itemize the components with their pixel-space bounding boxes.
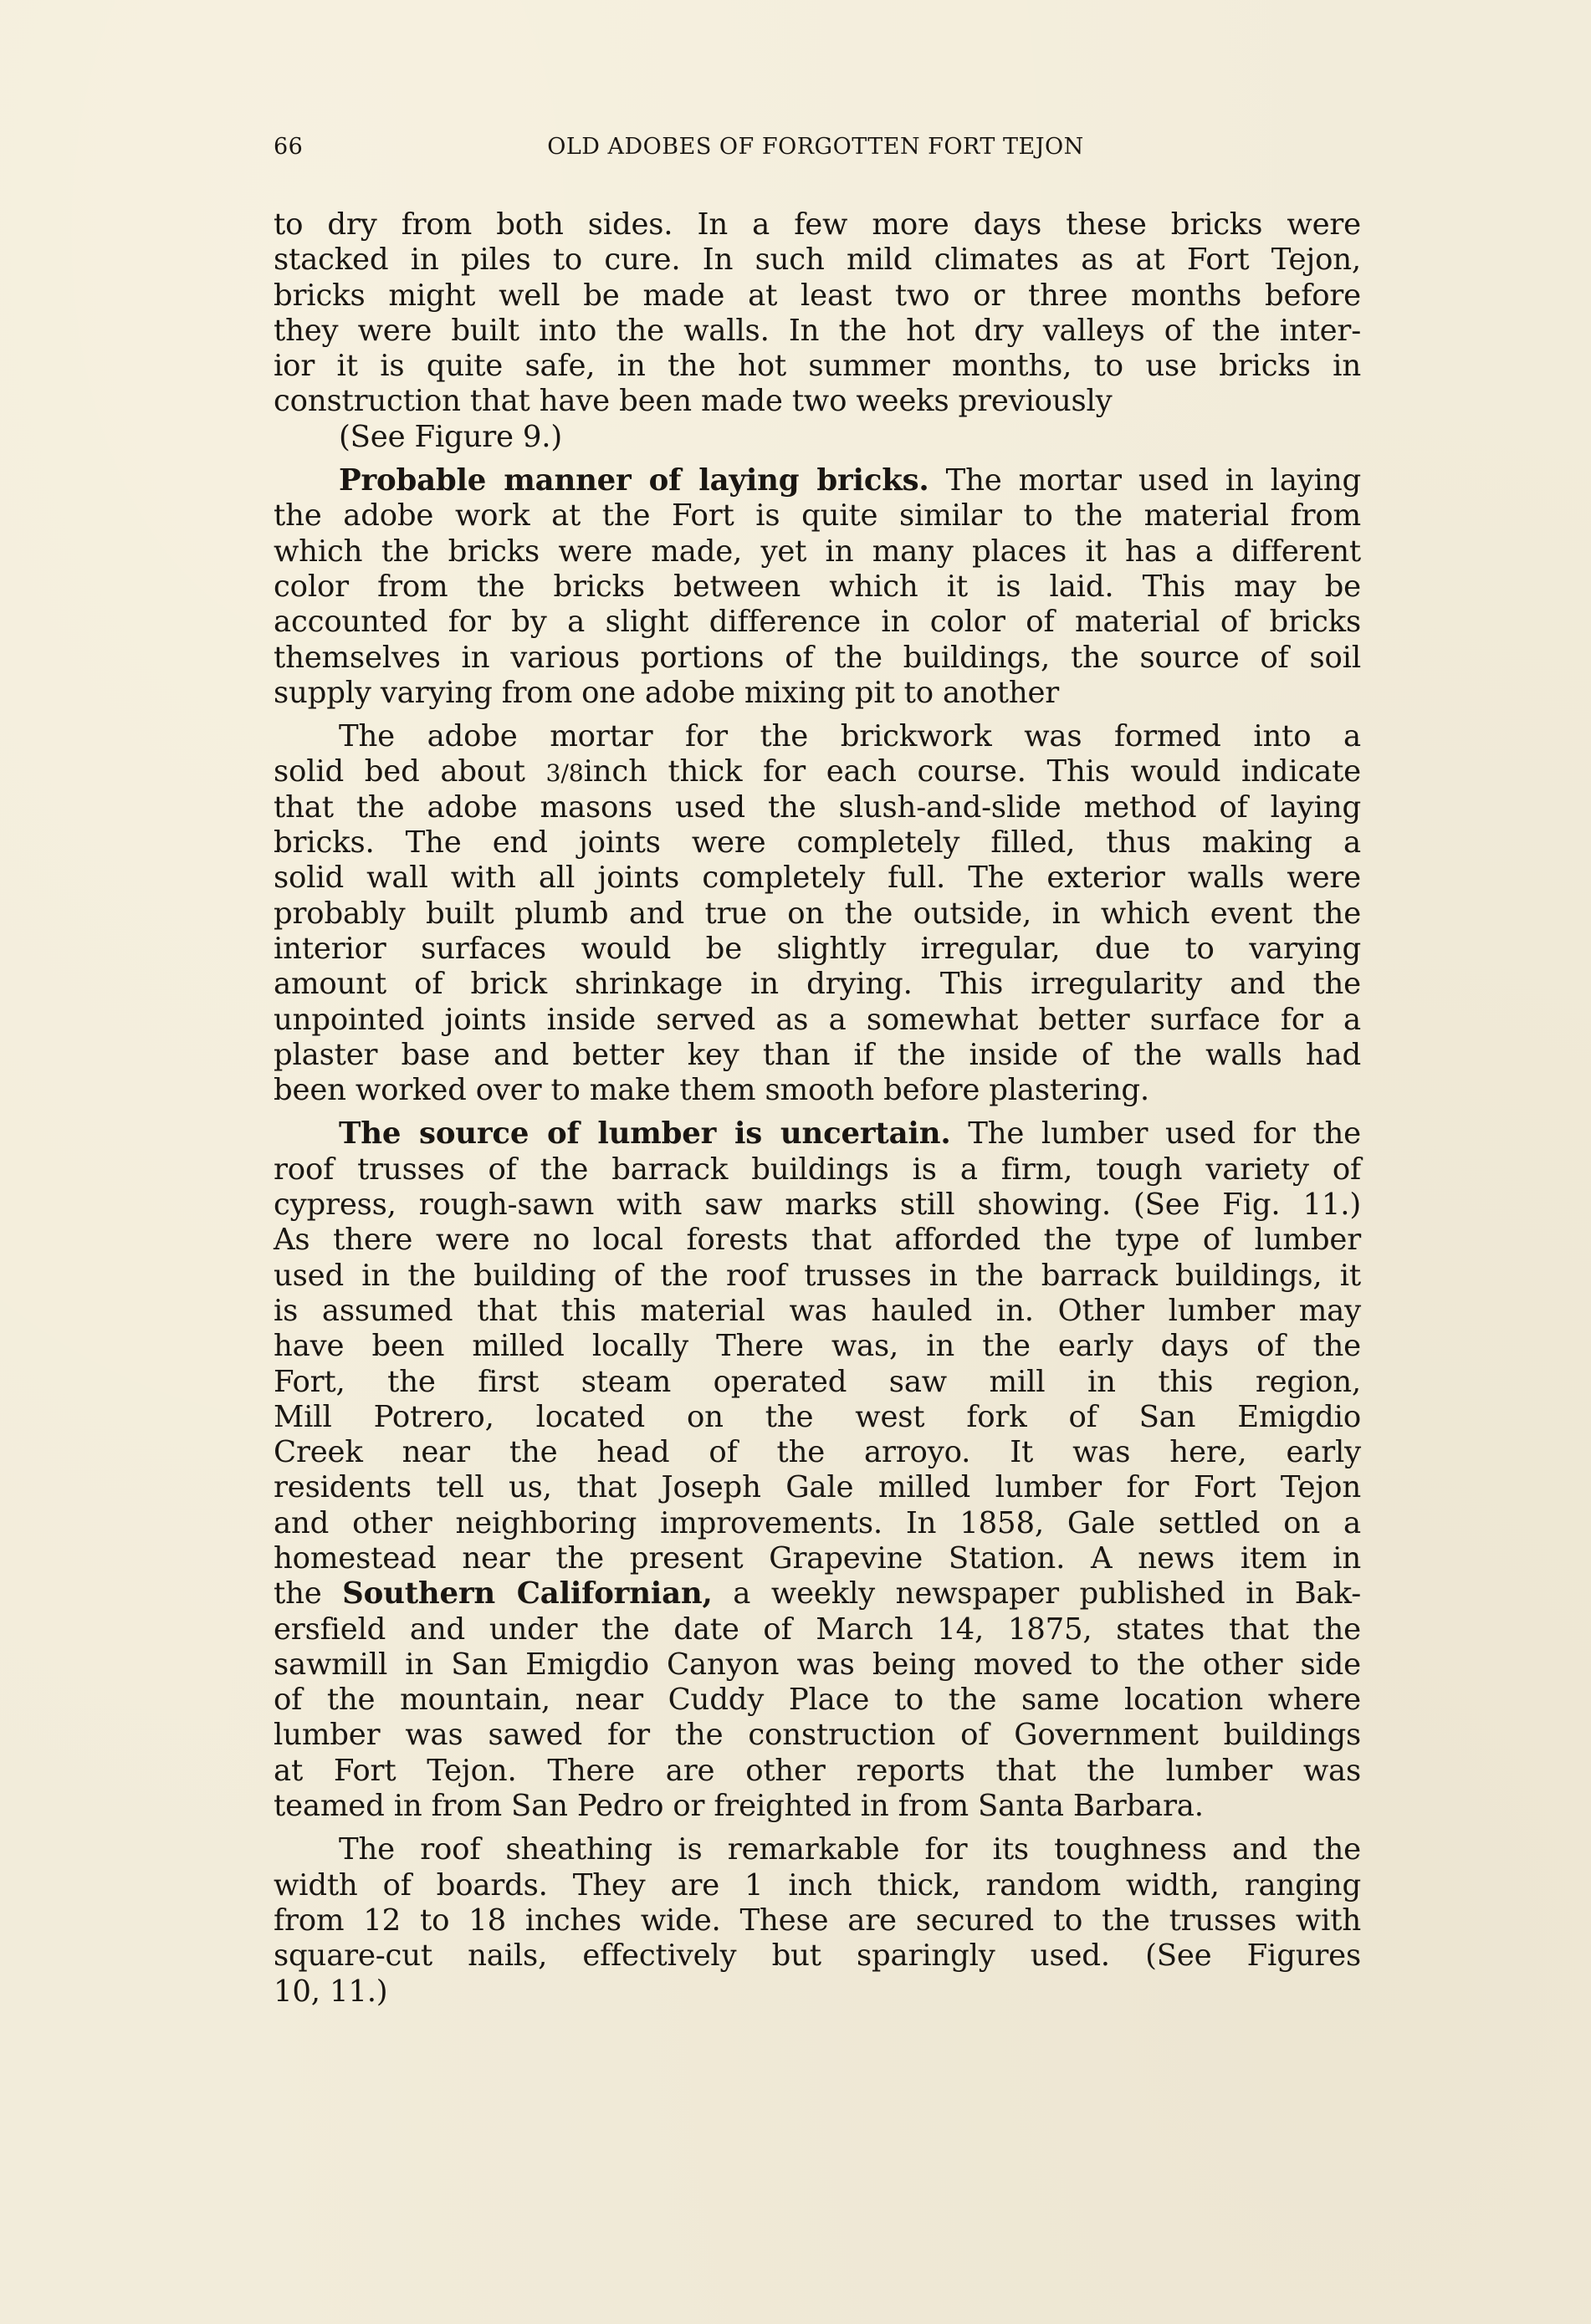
- paragraph-roof-sheathing: The roof sheathing is remarkable for its…: [274, 1832, 1361, 2009]
- text-line: solid wall with all joints completely fu…: [274, 861, 1361, 896]
- paragraph-adobe-mortar: The adobe mortar for the brickwork was f…: [274, 719, 1361, 1108]
- text-line: width of boards. They are 1 inch thick, …: [274, 1868, 1361, 1903]
- text-fragment: The lumber used for the: [950, 1116, 1361, 1151]
- text-line: solid bed about 3/8inch thick for each c…: [274, 754, 1361, 789]
- newspaper-title: Southern Californian,: [342, 1576, 713, 1611]
- text-line: lumber was sawed for the construction of…: [274, 1718, 1361, 1753]
- text-line: is assumed that this material was hauled…: [274, 1294, 1361, 1329]
- text-line: amount of brick shrinkage in drying. Thi…: [274, 967, 1361, 1002]
- text-line: that the adobe masons used the slush-and…: [274, 790, 1361, 825]
- text-line: supply varying from one adobe mixing pit…: [274, 676, 1361, 711]
- text-line: of the mountain, near Cuddy Place to the…: [274, 1683, 1361, 1718]
- text-line: the Southern Californian, a weekly newsp…: [274, 1576, 1361, 1611]
- paragraph-brick-curing: to dry from both sides. In a few more da…: [274, 207, 1361, 455]
- text-line: unpointed joints inside served as a some…: [274, 1003, 1361, 1038]
- text-fragment: a weekly newspaper published in Bak-: [713, 1576, 1361, 1611]
- text-line: residents tell us, that Joseph Gale mill…: [274, 1470, 1361, 1505]
- paragraph-laying-bricks: Probable manner of laying bricks. The mo…: [274, 463, 1361, 711]
- text-line: The source of lumber is uncertain. The l…: [274, 1116, 1361, 1152]
- text-line: Creek near the head of the arroyo. It wa…: [274, 1435, 1361, 1470]
- text-line: the adobe work at the Fort is quite simi…: [274, 498, 1361, 534]
- text-line: themselves in various portions of the bu…: [274, 641, 1361, 676]
- text-fragment: The mortar used in laying: [929, 463, 1361, 498]
- text-line: teamed in from San Pedro or freighted in…: [274, 1789, 1361, 1824]
- text-line: construction that have been made two wee…: [274, 384, 1361, 419]
- text-line: and other neighboring improvements. In 1…: [274, 1506, 1361, 1541]
- text-line: As there were no local forests that affo…: [274, 1223, 1361, 1258]
- section-heading: The source of lumber is uncertain.: [339, 1116, 950, 1151]
- text-line: interior surfaces would be slightly irre…: [274, 932, 1361, 967]
- text-line: ior it is quite safe, in the hot summer …: [274, 349, 1361, 384]
- text-line: The adobe mortar for the brickwork was f…: [274, 719, 1361, 754]
- text-line: Probable manner of laying bricks. The mo…: [274, 463, 1361, 498]
- text-line: plaster base and better key than if the …: [274, 1038, 1361, 1073]
- text-line: 10, 11.): [274, 1974, 1361, 2010]
- text-line: probably built plumb and true on the out…: [274, 896, 1361, 932]
- text-fragment: solid bed about: [274, 754, 545, 789]
- text-line: The roof sheathing is remarkable for its…: [274, 1832, 1361, 1867]
- text-line: bricks might well be made at least two o…: [274, 278, 1361, 314]
- text-line: square-cut nails, effectively but sparin…: [274, 1938, 1361, 1974]
- text-line: Fort, the first steam operated saw mill …: [274, 1365, 1361, 1400]
- running-head: 66 OLD ADOBES OF FORGOTTEN FORT TEJON: [274, 134, 1361, 167]
- text-line: ersfield and under the date of March 14,…: [274, 1612, 1361, 1647]
- text-line: they were built into the walls. In the h…: [274, 314, 1361, 349]
- text-line: which the bricks were made, yet in many …: [274, 534, 1361, 570]
- text-fragment: inch thick for each course. This would i…: [584, 754, 1361, 789]
- running-title: OLD ADOBES OF FORGOTTEN FORT TEJON: [485, 134, 1146, 160]
- page-number: 66: [274, 134, 303, 160]
- text-line: cypress, rough-sawn with saw marks still…: [274, 1188, 1361, 1223]
- text-line: bricks. The end joints were completely f…: [274, 825, 1361, 861]
- text-fragment: the: [274, 1576, 342, 1611]
- text-line: been worked over to make them smooth bef…: [274, 1073, 1361, 1108]
- text-line: have been milled locally There was, in t…: [274, 1329, 1361, 1364]
- section-heading: Probable manner of laying bricks.: [339, 463, 929, 498]
- text-line: sawmill in San Emigdio Canyon was being …: [274, 1647, 1361, 1683]
- text-line: to dry from both sides. In a few more da…: [274, 207, 1361, 243]
- fraction: 3/8: [545, 759, 583, 787]
- text-line: stacked in piles to cure. In such mild c…: [274, 243, 1361, 278]
- figure-reference: (See Figure 9.): [274, 420, 1361, 455]
- text-line: roof trusses of the barrack buildings is…: [274, 1152, 1361, 1188]
- text-line: from 12 to 18 inches wide. These are sec…: [274, 1903, 1361, 1938]
- body-text: to dry from both sides. In a few more da…: [274, 207, 1361, 2010]
- paragraph-lumber-source: The source of lumber is uncertain. The l…: [274, 1116, 1361, 1824]
- text-line: used in the building of the roof trusses…: [274, 1259, 1361, 1294]
- text-line: accounted for by a slight difference in …: [274, 605, 1361, 640]
- text-line: at Fort Tejon. There are other reports t…: [274, 1754, 1361, 1789]
- text-line: Mill Potrero, located on the west fork o…: [274, 1400, 1361, 1435]
- text-line: homestead near the present Grapevine Sta…: [274, 1541, 1361, 1576]
- text-line: color from the bricks between which it i…: [274, 570, 1361, 605]
